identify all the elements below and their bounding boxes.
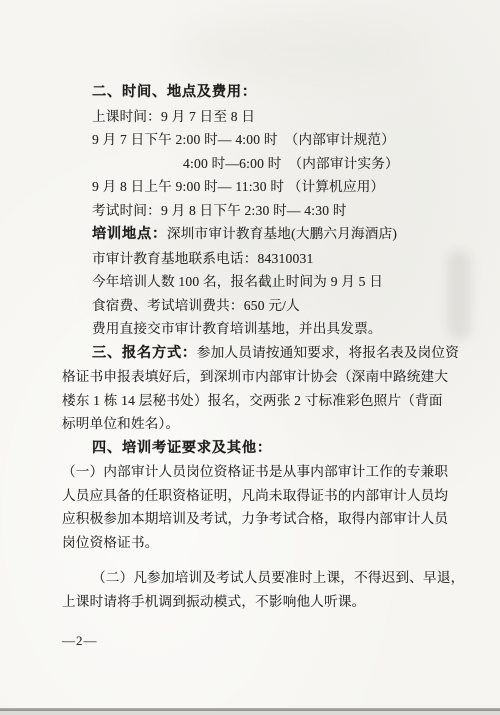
bold-heading-label: 三、报名方式： (92, 345, 197, 361)
text-line: 应积极参加本期培训及考试，力争考试合格，取得内部审计人员 (62, 507, 462, 531)
line-text: 标明单位和姓名）。 (62, 416, 179, 431)
line-text: 9 月 8 日上午 9:00 时— 11:30 时 （计算机应用） (92, 179, 384, 194)
text-line: 上课时间：9 月 7 日至 8 日 (92, 105, 462, 129)
text-line: 楼东 1 栋 14 层秘书处）报名，交两张 2 寸标准彩色照片（背面 (62, 389, 462, 413)
scan-bottom-margin (0, 711, 500, 715)
text-line: 食宿费、考试培训费共：650 元/人 (92, 294, 462, 318)
text-line: 上课时请将手机调到振动模式，不影响他人听课。 (62, 590, 462, 614)
line-text: 市审计教育基地联系电话：84310031 (92, 251, 314, 266)
line-text: （一）内部审计人员岗位资格证书是从事内部审计工作的专兼职 (62, 464, 448, 479)
text-line: 4:00 时—6:00 时 （内部审计实务） (183, 152, 462, 176)
line-text: 4:00 时—6:00 时 （内部审计实务） (183, 156, 399, 171)
text-line: （二）凡参加培训及考试人员要准时上课，不得迟到、早退， (92, 566, 462, 590)
line-text: 楼东 1 栋 14 层秘书处）报名，交两张 2 寸标准彩色照片（背面 (62, 393, 443, 408)
bold-heading-label: 培训地点： (92, 226, 167, 242)
line-text: 考试时间：9 月 8 日下午 2:30 时— 4:30 时 (92, 203, 347, 218)
line-text: 上课时请将手机调到振动模式，不影响他人听课。 (62, 594, 365, 609)
text-line: 9 月 8 日上午 9:00 时— 11:30 时 （计算机应用） (92, 175, 462, 199)
text-line: 格证书申报表填好后，到深圳市内部审计协会（深南中路统建大 (62, 365, 462, 389)
line-text: 参加人员请按通知要求，将报名表及岗位资 (197, 345, 459, 360)
text-line: 四、培训考证要求及其他： (92, 436, 462, 461)
text-line: 今年培训人数 100 名，报名截止时间为 9 月 5 日 (92, 270, 462, 294)
line-text: （二）凡参加培训及考试人员要准时上课，不得迟到、早退， (92, 570, 464, 585)
bold-heading-label: 二、时间、地点及费用： (92, 84, 257, 100)
line-text: 9 月 7 日下午 2:00 时— 4:00 时 （内部审计规范） (92, 132, 395, 147)
document-body: 二、时间、地点及费用：上课时间：9 月 7 日至 8 日9 月 7 日下午 2:… (62, 80, 462, 613)
line-text: 应积极参加本期培训及考试，力争考试合格，取得内部审计人员 (62, 511, 448, 526)
line-text: 今年培训人数 100 名，报名截止时间为 9 月 5 日 (92, 274, 383, 289)
text-line: 培训地点：深圳市审计教育基地(大鹏六月海酒店) (92, 222, 462, 247)
text-line: （一）内部审计人员岗位资格证书是从事内部审计工作的专兼职 (62, 460, 462, 484)
text-line: 考试时间：9 月 8 日下午 2:30 时— 4:30 时 (92, 199, 462, 223)
line-text: 岗位资格证书。 (62, 535, 159, 550)
text-line: 9 月 7 日下午 2:00 时— 4:00 时 （内部审计规范） (92, 128, 462, 152)
scan-smudge (180, 20, 420, 80)
text-line: 岗位资格证书。 (62, 531, 462, 555)
line-text: 格证书申报表填好后，到深圳市内部审计协会（深南中路统建大 (62, 369, 448, 384)
line-text: 费用直接交市审计教育培训基地，并出具发票。 (92, 321, 382, 336)
scanned-document-page: 二、时间、地点及费用：上课时间：9 月 7 日至 8 日9 月 7 日下午 2:… (0, 0, 500, 715)
text-line: 人员应具备的任职资格证明，凡尚未取得证书的内部审计人员均 (62, 484, 462, 508)
bold-heading-label: 四、培训考证要求及其他： (92, 440, 272, 456)
text-line: 市审计教育基地联系电话：84310031 (92, 247, 462, 271)
text-line: 二、时间、地点及费用： (92, 80, 462, 105)
line-text: 上课时间：9 月 7 日至 8 日 (92, 109, 255, 124)
line-text: 深圳市审计教育基地(大鹏六月海酒店) (167, 226, 397, 241)
text-line: 三、报名方式：参加人员请按通知要求，将报名表及岗位资 (92, 341, 462, 366)
line-text: 食宿费、考试培训费共：650 元/人 (92, 298, 300, 313)
text-line: 费用直接交市审计教育培训基地，并出具发票。 (92, 317, 462, 341)
line-text: 人员应具备的任职资格证明，凡尚未取得证书的内部审计人员均 (62, 488, 448, 503)
page-number: —2— (62, 633, 98, 649)
text-line: 标明单位和姓名）。 (62, 412, 462, 436)
